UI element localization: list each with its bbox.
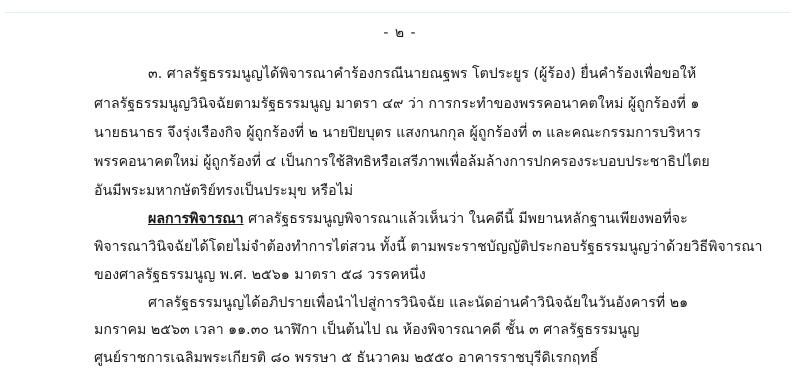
consideration-heading: ผลการพิจารณา: [148, 211, 244, 227]
page-number: - ๒ -: [0, 22, 800, 44]
text-line: อันมีพระมหากษัตริย์ทรงเป็นประมุข หรือไม่: [94, 181, 353, 201]
text-line: ศาลรัฐธรรมนูญได้อภิปรายเพื่อนำไปสู่การวิ…: [148, 293, 688, 313]
text-line: ศูนย์ราชการเฉลิมพระเกียรติ ๘๐ พรรษา ๕ ธั…: [94, 348, 598, 368]
text-line: พรรคอนาคตใหม่ ผู้ถูกร้องที่ ๔ เป็นการใช้…: [94, 152, 710, 172]
text-line: ศาลรัฐธรรมนูญวินิจฉัยตามรัฐธรรมนูญ มาตรา…: [94, 94, 699, 114]
scan-edge-line: [4, 12, 790, 13]
text-line: ของศาลรัฐธรรมนูญ พ.ศ. ๒๕๖๑ มาตรา ๕๘ วรรค…: [94, 265, 426, 285]
text-line: นายธนาธร จึงรุ่งเรืองกิจ ผู้ถูกร้องที่ ๒…: [94, 123, 701, 143]
consideration-text: ศาลรัฐธรรมนูญพิจารณาแล้วเห็นว่า ในคดีนี้…: [248, 211, 688, 227]
text-line: ๓. ศาลรัฐธรรมนูญได้พิจารณาคำร้องกรณีนายณ…: [148, 64, 696, 84]
text-line: ผลการพิจารณา ศาลรัฐธรรมนูญพิจารณาแล้วเห็…: [148, 209, 688, 229]
text-line: มกราคม ๒๕๖๓ เวลา ๑๑.๓๐ นาฬิกา เป็นต้นไป …: [94, 320, 639, 340]
text-line: พิจารณาวินิจฉัยได้โดยไม่จำต้องทำการไต่สว…: [94, 237, 762, 257]
